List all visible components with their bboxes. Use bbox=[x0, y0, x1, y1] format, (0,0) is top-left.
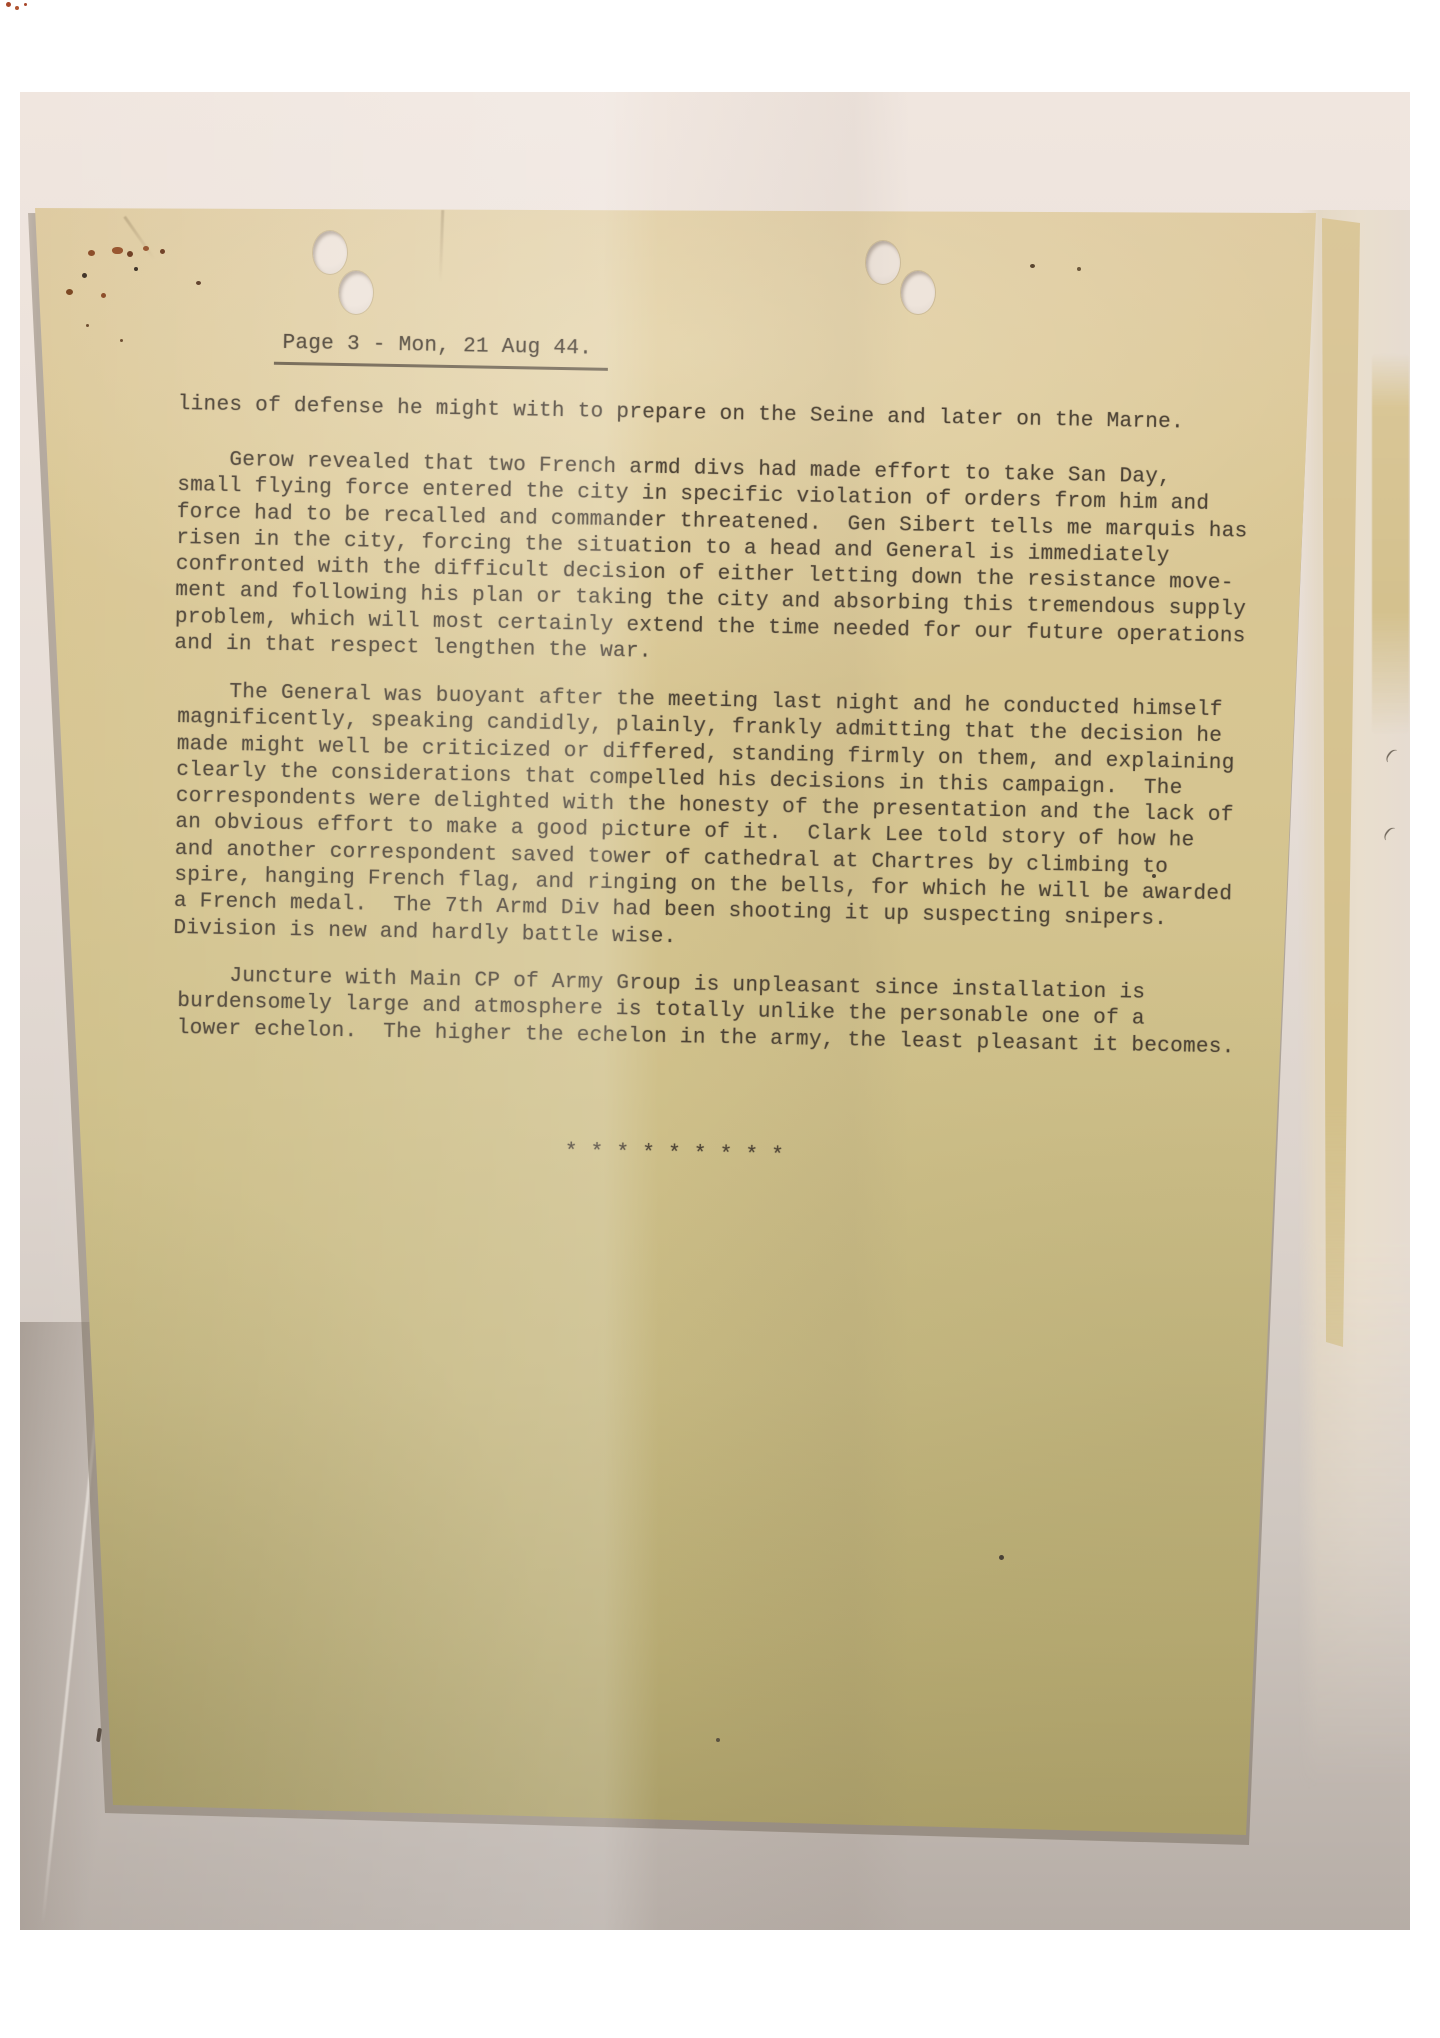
asterisk-separator: * * * * * * * * * bbox=[565, 1140, 785, 1170]
scanned-document-photo: Page 3 - Mon, 21 Aug 44. lines of defens… bbox=[0, 0, 1440, 2038]
page-header-text: Page 3 - Mon, 21 Aug 44. bbox=[274, 331, 608, 370]
rust-speck bbox=[101, 293, 106, 298]
ink-speck bbox=[1152, 874, 1156, 878]
rust-speck bbox=[120, 339, 123, 342]
paper-crease bbox=[439, 210, 445, 282]
ink-speck bbox=[1030, 264, 1035, 268]
paragraph-1: lines of defense he might with to prepar… bbox=[178, 392, 1185, 437]
rust-speck bbox=[88, 250, 95, 256]
paragraph-3: The General was buoyant after the meetin… bbox=[173, 679, 1236, 961]
page-header: Page 3 - Mon, 21 Aug 44. bbox=[178, 303, 608, 397]
sheet-edge-strip bbox=[1372, 354, 1409, 734]
rust-speck bbox=[134, 267, 138, 271]
margin-speck bbox=[6, 2, 11, 7]
punch-hole bbox=[901, 271, 935, 314]
photo-of-document: Page 3 - Mon, 21 Aug 44. lines of defens… bbox=[20, 92, 1410, 1930]
rust-speck bbox=[66, 289, 73, 295]
ink-speck bbox=[999, 1555, 1004, 1560]
rust-speck bbox=[160, 249, 165, 254]
rust-speck bbox=[112, 247, 123, 254]
punch-hole bbox=[339, 271, 373, 314]
paragraph-4: Juncture with Main CP of Army Group is u… bbox=[177, 963, 1236, 1061]
punch-hole bbox=[866, 241, 900, 284]
ink-speck bbox=[716, 1738, 720, 1742]
margin-speck bbox=[24, 3, 27, 6]
document-page: Page 3 - Mon, 21 Aug 44. lines of defens… bbox=[20, 92, 1410, 1930]
rust-speck bbox=[127, 251, 133, 257]
rust-speck bbox=[86, 324, 89, 327]
rust-speck bbox=[82, 273, 87, 278]
paragraph-2: Gerow revealed that two French armd divs… bbox=[174, 447, 1249, 677]
punch-hole bbox=[313, 231, 347, 274]
margin-speck bbox=[15, 6, 19, 10]
rust-speck bbox=[196, 281, 201, 285]
ink-speck bbox=[1077, 267, 1081, 271]
